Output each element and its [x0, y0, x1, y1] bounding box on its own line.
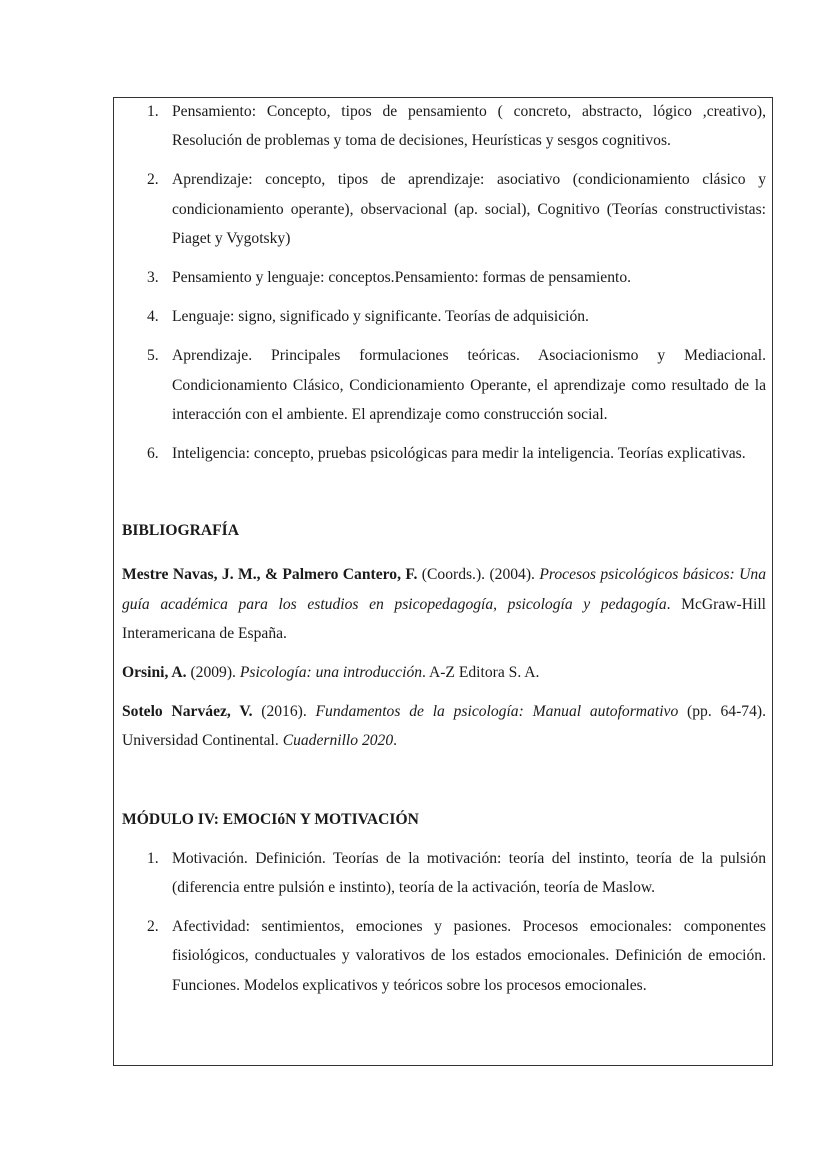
- bib-pre: (2009).: [187, 664, 240, 681]
- list-item: 1.Motivación. Definición. Teorías de la …: [122, 844, 766, 902]
- bib-post-secondary: .: [393, 732, 397, 749]
- bibliography-entry: Orsini, A. (2009). Psicología: una intro…: [122, 658, 766, 687]
- list-number: 3.: [147, 263, 159, 292]
- list-text: Inteligencia: concepto, pruebas psicológ…: [172, 445, 746, 462]
- list-text: Lenguaje: signo, significado y significa…: [172, 308, 589, 325]
- list-item: 4.Lenguaje: signo, significado y signifi…: [122, 302, 766, 331]
- list-number: 4.: [147, 302, 159, 331]
- bib-title: Psicología: una introducción: [240, 664, 422, 681]
- list-item: 3.Pensamiento y lenguaje: conceptos.Pens…: [122, 263, 766, 292]
- list-number: 2.: [147, 165, 159, 194]
- document-page: 1.Pensamiento: Concepto, tipos de pensam…: [122, 97, 766, 1010]
- bib-author: Orsini, A.: [122, 664, 187, 681]
- list-item: 6.Inteligencia: concepto, pruebas psicol…: [122, 439, 766, 468]
- bib-pre: (2016).: [252, 703, 315, 720]
- list-text: Motivación. Definición. Teorías de la mo…: [172, 850, 766, 896]
- list-item: 5.Aprendizaje. Principales formulaciones…: [122, 341, 766, 429]
- list-number: 5.: [147, 341, 159, 370]
- bib-pre: (Coords.). (2004).: [417, 566, 539, 583]
- bib-title-secondary: Cuadernillo 2020: [283, 732, 393, 749]
- list-text: Pensamiento: Concepto, tipos de pensamie…: [172, 103, 766, 149]
- list-item: 1.Pensamiento: Concepto, tipos de pensam…: [122, 97, 766, 155]
- bibliography-entry: Mestre Navas, J. M., & Palmero Cantero, …: [122, 560, 766, 648]
- list-number: 1.: [147, 97, 159, 126]
- bib-title: Fundamentos de la psicología: Manual aut…: [316, 703, 679, 720]
- list-text: Aprendizaje. Principales formulaciones t…: [172, 347, 766, 422]
- list-number: 2.: [147, 912, 159, 941]
- bib-author: Mestre Navas, J. M., & Palmero Cantero, …: [122, 566, 417, 583]
- bib-author: Sotelo Narváez, V.: [122, 703, 252, 720]
- module-topic-list: 1.Motivación. Definición. Teorías de la …: [122, 844, 766, 1000]
- list-text: Afectividad: sentimientos, emociones y p…: [172, 918, 766, 993]
- list-text: Pensamiento y lenguaje: conceptos.Pensam…: [172, 269, 631, 286]
- bib-post: . A-Z Editora S. A.: [422, 664, 539, 681]
- list-number: 1.: [147, 844, 159, 873]
- topic-list: 1.Pensamiento: Concepto, tipos de pensam…: [122, 97, 766, 468]
- bibliography-entry: Sotelo Narváez, V. (2016). Fundamentos d…: [122, 697, 766, 755]
- list-number: 6.: [147, 439, 159, 468]
- list-item: 2.Aprendizaje: concepto, tipos de aprend…: [122, 165, 766, 253]
- module-heading: MÓDULO IV: EMOCIóN Y MOTIVACIÓN: [122, 805, 766, 834]
- bibliography-heading: BIBLIOGRAFÍA: [122, 516, 766, 545]
- list-text: Aprendizaje: concepto, tipos de aprendiz…: [172, 171, 766, 246]
- list-item: 2.Afectividad: sentimientos, emociones y…: [122, 912, 766, 1000]
